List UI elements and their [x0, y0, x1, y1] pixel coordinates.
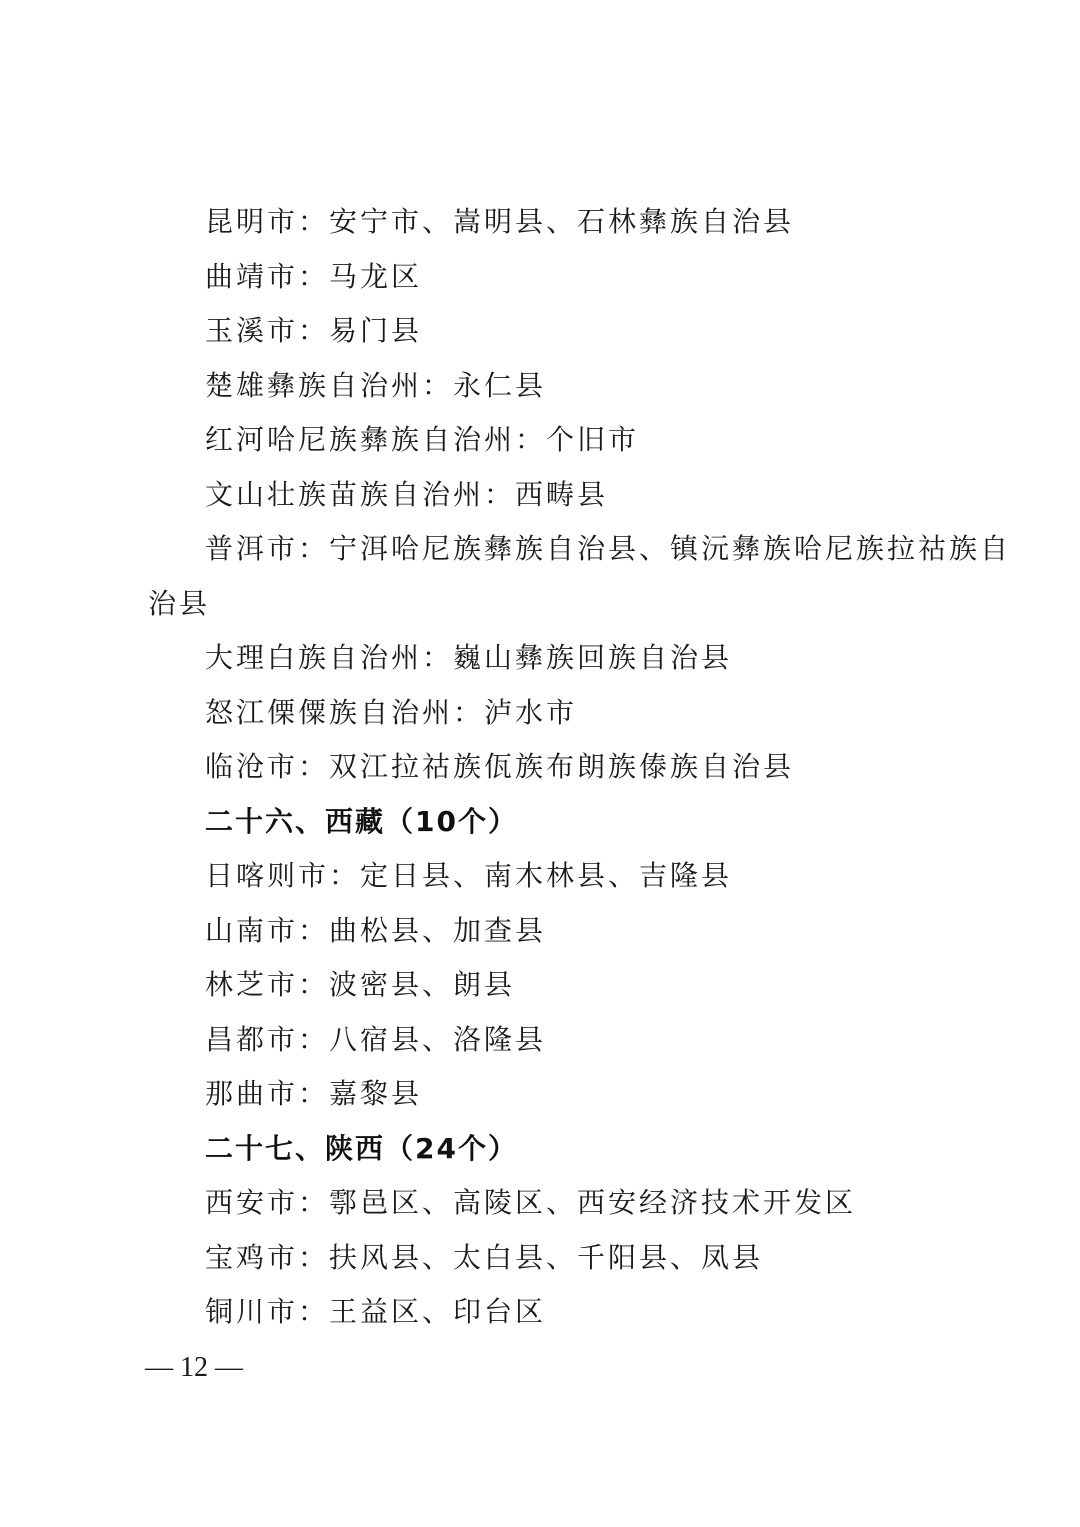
entry-linzhi: 林芝市：波密县、朗县 — [205, 965, 515, 1005]
entry-lincang: 临沧市：双江拉祜族佤族布朗族傣族自治县 — [205, 747, 794, 787]
entry-naqu: 那曲市：嘉黎县 — [205, 1074, 422, 1114]
entry-yuxi: 玉溪市：易门县 — [205, 311, 422, 351]
entry-xian: 西安市：鄠邑区、高陵区、西安经济技术开发区 — [205, 1183, 856, 1223]
entry-rikaze: 日喀则市：定日县、南木林县、吉隆县 — [205, 856, 732, 896]
section-heading-xizang: 二十六、西藏（10个） — [205, 802, 518, 842]
page-number: — 12 — — [145, 1348, 243, 1388]
entry-qujing: 曲靖市：马龙区 — [205, 257, 422, 297]
entry-shannan: 山南市：曲松县、加查县 — [205, 911, 546, 951]
entry-changdu: 昌都市：八宿县、洛隆县 — [205, 1020, 546, 1060]
entry-puer-continuation: 治县 — [148, 584, 210, 624]
entry-wenshan: 文山壮族苗族自治州：西畴县 — [205, 475, 608, 515]
entry-tongchuan: 铜川市：王益区、印台区 — [205, 1292, 546, 1332]
entry-honghe: 红河哈尼族彝族自治州：个旧市 — [205, 420, 639, 460]
section-heading-shaanxi: 二十七、陕西（24个） — [205, 1129, 518, 1169]
entry-baoji: 宝鸡市：扶风县、太白县、千阳县、凤县 — [205, 1238, 763, 1278]
entry-nujiang: 怒江傈僳族自治州：泸水市 — [205, 693, 577, 733]
entry-puer: 普洱市：宁洱哈尼族彝族自治县、镇沅彝族哈尼族拉祜族自 — [205, 529, 1011, 569]
entry-dali: 大理白族自治州：巍山彝族回族自治县 — [205, 638, 732, 678]
entry-chuxiong: 楚雄彝族自治州：永仁县 — [205, 366, 546, 406]
entry-kunming: 昆明市：安宁市、嵩明县、石林彝族自治县 — [205, 202, 794, 242]
document-page: 昆明市：安宁市、嵩明县、石林彝族自治县 曲靖市：马龙区 玉溪市：易门县 楚雄彝族… — [0, 0, 1080, 1527]
